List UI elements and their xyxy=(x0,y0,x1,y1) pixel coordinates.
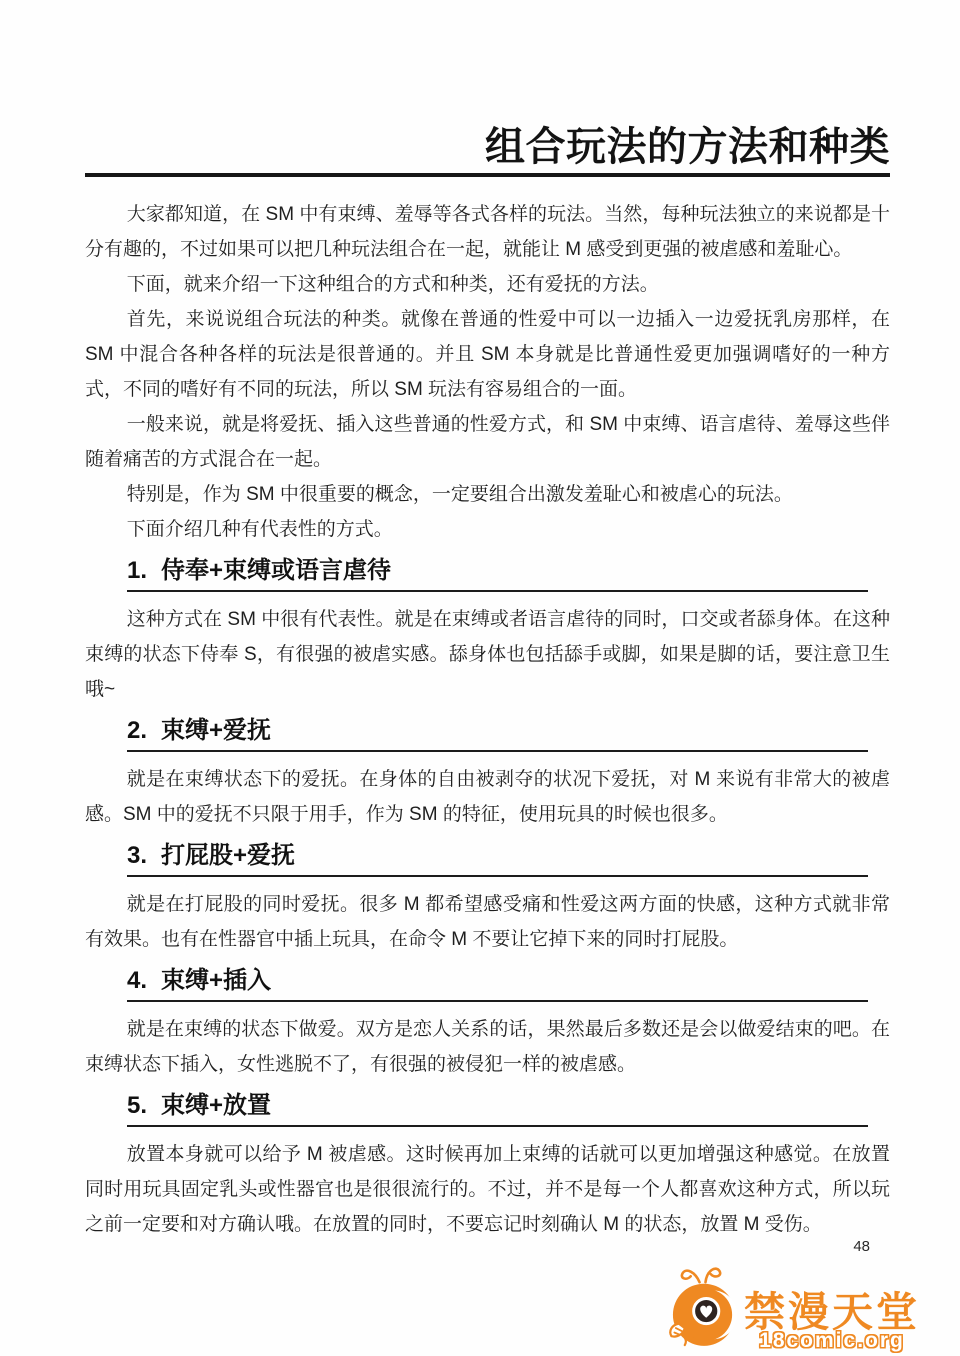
section-heading: 2.束缚+爱抚 xyxy=(127,717,890,745)
watermark-text: 禁漫天堂 18comic.org xyxy=(744,1292,920,1352)
watermark-logo: 禁漫天堂 18comic.org xyxy=(667,1264,920,1352)
section-rule xyxy=(127,590,868,592)
section-rule xyxy=(127,1000,868,1002)
section-number: 1. xyxy=(127,557,147,584)
section-title: 束缚+插入 xyxy=(161,967,271,994)
section-2: 2.束缚+爱抚 就是在束缚状态下的爱抚。在身体的自由被剥夺的状况下爱抚，对 M … xyxy=(85,717,890,832)
section-title: 侍奉+束缚或语言虐待 xyxy=(161,557,391,584)
section-paragraph: 就是在打屁股的同时爱抚。很多 M 都希望感受痛和性爱这两方面的快感，这种方式就非… xyxy=(85,887,890,957)
section-heading: 4.束缚+插入 xyxy=(127,967,890,995)
section-heading: 5.束缚+放置 xyxy=(127,1092,890,1120)
intro-paragraphs: 大家都知道，在 SM 中有束缚、羞辱等各式各样的玩法。当然，每种玩法独立的来说都… xyxy=(85,197,890,547)
section-title: 打屁股+爱抚 xyxy=(161,842,295,869)
document-page: 组合玩法的方法和种类 大家都知道，在 SM 中有束缚、羞辱等各式各样的玩法。当然… xyxy=(0,0,960,1356)
section-title: 束缚+放置 xyxy=(161,1092,271,1119)
section-5: 5.束缚+放置 放置本身就可以给予 M 被虐感。这时候再加上束缚的话就可以更加增… xyxy=(85,1092,890,1242)
intro-paragraph: 下面，就来介绍一下这种组合的方式和种类，还有爱抚的方法。 xyxy=(85,267,890,302)
orange-mascot-icon xyxy=(667,1264,741,1350)
intro-paragraph: 首先，来说说组合玩法的种类。就像在普通的性爱中可以一边插入一边爱抚乳房那样，在 … xyxy=(85,302,890,407)
page-content: 组合玩法的方法和种类 大家都知道，在 SM 中有束缚、羞辱等各式各样的玩法。当然… xyxy=(85,0,890,1242)
section-paragraph: 这种方式在 SM 中很有代表性。就是在束缚或者语言虐待的同时，口交或者舔身体。在… xyxy=(85,602,890,707)
title-rule xyxy=(85,173,890,177)
section-paragraph: 就是在束缚状态下的爱抚。在身体的自由被剥夺的状况下爱抚，对 M 来说有非常大的被… xyxy=(85,762,890,832)
section-number: 5. xyxy=(127,1092,147,1119)
intro-paragraph: 一般来说，就是将爱抚、插入这些普通的性爱方式，和 SM 中束缚、语言虐待、羞辱这… xyxy=(85,407,890,477)
intro-paragraph: 大家都知道，在 SM 中有束缚、羞辱等各式各样的玩法。当然，每种玩法独立的来说都… xyxy=(85,197,890,267)
section-rule xyxy=(127,750,868,752)
section-heading: 3.打屁股+爱抚 xyxy=(127,842,890,870)
watermark-site-name: 禁漫天堂 xyxy=(744,1292,920,1332)
section-number: 3. xyxy=(127,842,147,869)
intro-paragraph: 下面介绍几种有代表性的方式。 xyxy=(85,512,890,547)
section-number: 2. xyxy=(127,717,147,744)
watermark-site-url: 18comic.org xyxy=(759,1330,905,1352)
section-rule xyxy=(127,875,868,877)
section-paragraph: 就是在束缚的状态下做爱。双方是恋人关系的话，果然最后多数还是会以做爱结束的吧。在… xyxy=(85,1012,890,1082)
section-3: 3.打屁股+爱抚 就是在打屁股的同时爱抚。很多 M 都希望感受痛和性爱这两方面的… xyxy=(85,842,890,957)
page-number: 48 xyxy=(853,1238,870,1256)
section-rule xyxy=(127,1125,868,1127)
section-number: 4. xyxy=(127,967,147,994)
section-1: 1.侍奉+束缚或语言虐待 这种方式在 SM 中很有代表性。就是在束缚或者语言虐待… xyxy=(85,557,890,707)
section-heading: 1.侍奉+束缚或语言虐待 xyxy=(127,557,890,585)
intro-paragraph: 特别是，作为 SM 中很重要的概念，一定要组合出激发羞耻心和被虐心的玩法。 xyxy=(85,477,890,512)
section-4: 4.束缚+插入 就是在束缚的状态下做爱。双方是恋人关系的话，果然最后多数还是会以… xyxy=(85,967,890,1082)
section-paragraph: 放置本身就可以给予 M 被虐感。这时候再加上束缚的话就可以更加增强这种感觉。在放… xyxy=(85,1137,890,1242)
section-title: 束缚+爱抚 xyxy=(161,717,271,744)
page-title: 组合玩法的方法和种类 xyxy=(85,124,890,170)
